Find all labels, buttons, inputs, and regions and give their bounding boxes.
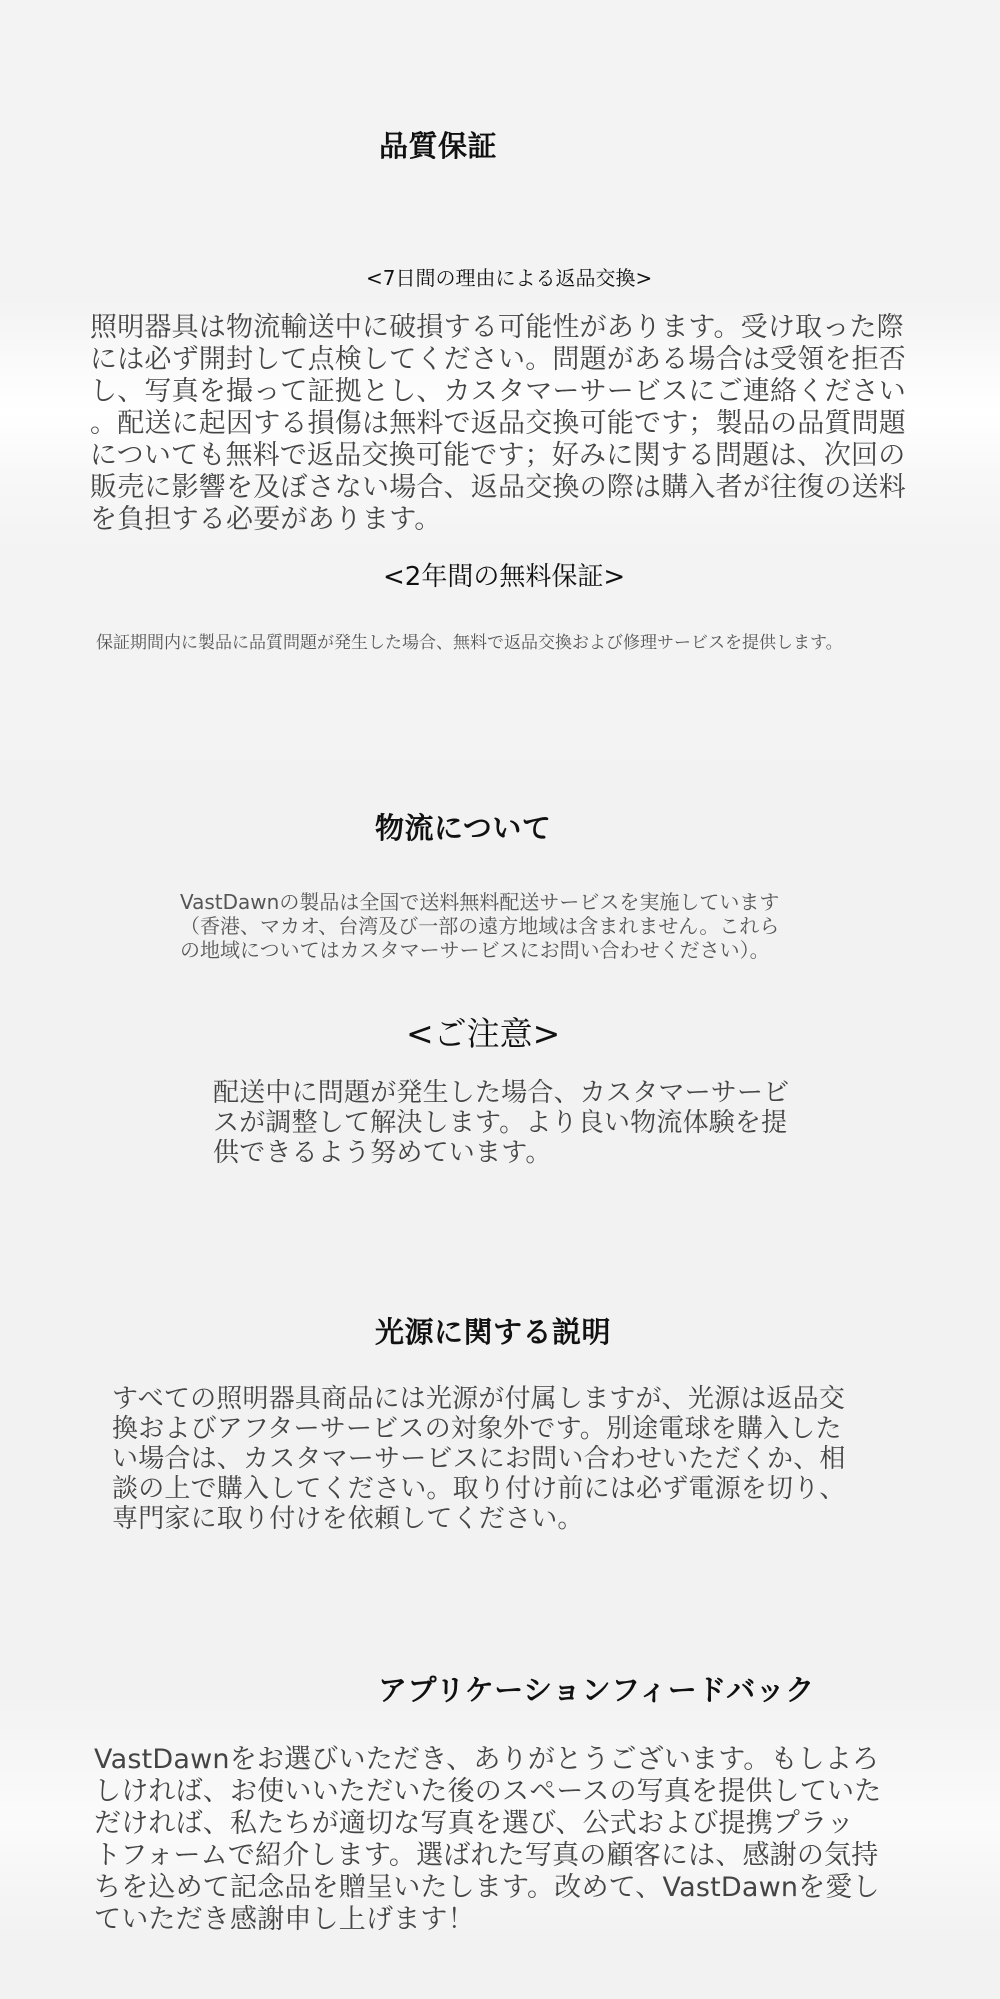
return-heading: <7日間の理由による返品交換> xyxy=(366,262,652,291)
light-source-body: すべての照明器具商品には光源が付属しますが、光源は返品交 換およびアフターサービ… xyxy=(112,1384,932,1534)
notice-heading: <ご注意> xyxy=(406,1008,560,1055)
warranty-body: 保証期間内に製品に品質問題が発生した場合、無料で返品交換および修理サービスを提供… xyxy=(96,632,976,654)
warranty-heading: <2年間の無料保証> xyxy=(383,556,625,593)
logistics-body: VastDawnの製品は全国で送料無料配送サービスを実施しています （香港、マカ… xyxy=(180,890,860,962)
feedback-body: VastDawnをお選びいただき、ありがとうございます。もしよろ しければ、お使… xyxy=(94,1744,974,1936)
return-body: 照明器具は物流輸送中に破損する可能性があります。受け取った際 には必ず開封して点… xyxy=(90,312,990,536)
notice-body: 配送中に問題が発生した場合、カスタマーサービ スが調整して解決します。より良い物… xyxy=(213,1078,853,1168)
light-source-title: 光源に関する説明 xyxy=(375,1310,611,1351)
logistics-title: 物流について xyxy=(375,806,551,847)
feedback-title: アプリケーションフィードバック xyxy=(378,1668,815,1709)
quality-title: 品質保証 xyxy=(379,124,497,165)
